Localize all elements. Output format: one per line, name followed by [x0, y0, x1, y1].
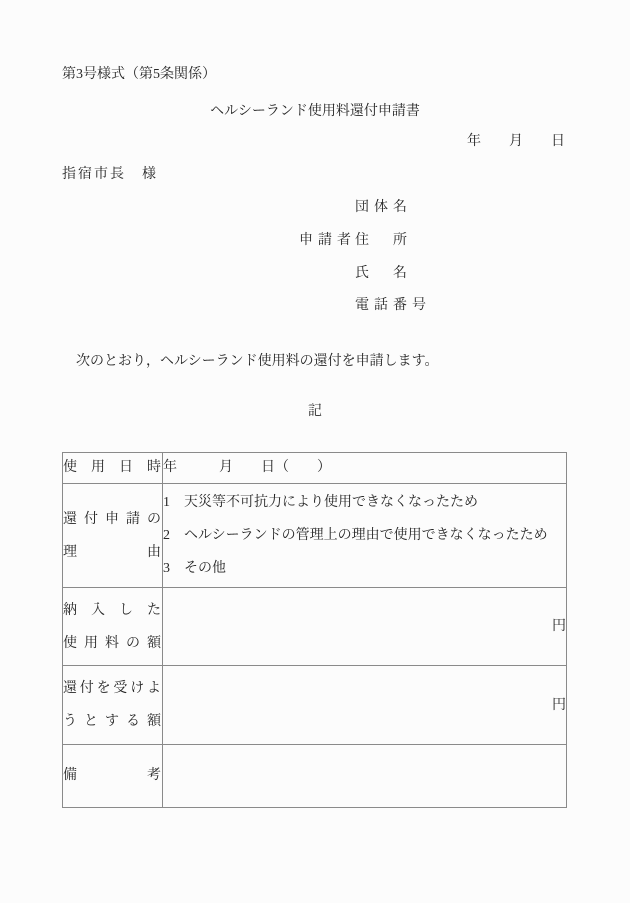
- applicant-field-name: 氏 名: [355, 264, 412, 284]
- form-number: 第3号様式（第5条関係）: [62, 65, 216, 85]
- usage-datetime-value: 年 月 日（ ）: [163, 453, 567, 484]
- applicant-field-address: 住 所: [355, 231, 412, 251]
- paid-fee-label-line1: 納入した: [63, 594, 162, 627]
- date-line: 年 月 日: [467, 132, 565, 152]
- row-remarks: 備考: [63, 745, 567, 808]
- record-marker: 記: [0, 402, 630, 422]
- paid-fee-amount-unit: 円: [163, 588, 567, 666]
- application-statement: 次のとおり，ヘルシーランド使用料の還付を申請します。: [62, 352, 439, 372]
- applicant-group-label: 申請者: [299, 231, 356, 251]
- paid-fee-label-line2: 使用料の額: [63, 627, 162, 660]
- refund-reason-label-line2: 理由: [63, 536, 162, 569]
- row-refund-reason: 還付申請の 理由 1 天災等不可抗力により使用できなくなったため 2 ヘルシーラ…: [63, 484, 567, 588]
- usage-datetime-label: 使用日時: [63, 454, 162, 482]
- applicant-field-phone: 電話番号: [355, 296, 431, 316]
- refund-reason-option-1: 1 天災等不可抗力により使用できなくなったため: [163, 486, 566, 519]
- refund-amount-label-line1: 還付を受けよ: [63, 672, 162, 705]
- addressee: 指宿市長 様: [62, 165, 158, 185]
- remarks-label: 備考: [63, 762, 162, 790]
- remarks-value: [163, 745, 567, 808]
- refund-amount-label-line2: うとする額: [63, 705, 162, 738]
- application-form-table: 使用日時 年 月 日（ ） 還付申請の 理由 1 天災等不可抗力により使用できな…: [62, 452, 567, 808]
- refund-amount-unit: 円: [163, 666, 567, 745]
- applicant-field-organization: 団体名: [355, 198, 412, 218]
- refund-reason-label-line1: 還付申請の: [63, 503, 162, 536]
- document-page: 第3号様式（第5条関係） ヘルシーランド使用料還付申請書 年 月 日 指宿市長 …: [0, 0, 630, 903]
- document-title: ヘルシーランド使用料還付申請書: [0, 102, 630, 122]
- refund-reason-option-2: 2 ヘルシーランドの管理上の理由で使用できなくなったため: [163, 519, 566, 552]
- refund-reason-option-3: 3 その他: [163, 552, 566, 585]
- row-refund-amount: 還付を受けよ うとする額 円: [63, 666, 567, 745]
- row-usage-datetime: 使用日時 年 月 日（ ）: [63, 453, 567, 484]
- row-paid-fee-amount: 納入した 使用料の額 円: [63, 588, 567, 666]
